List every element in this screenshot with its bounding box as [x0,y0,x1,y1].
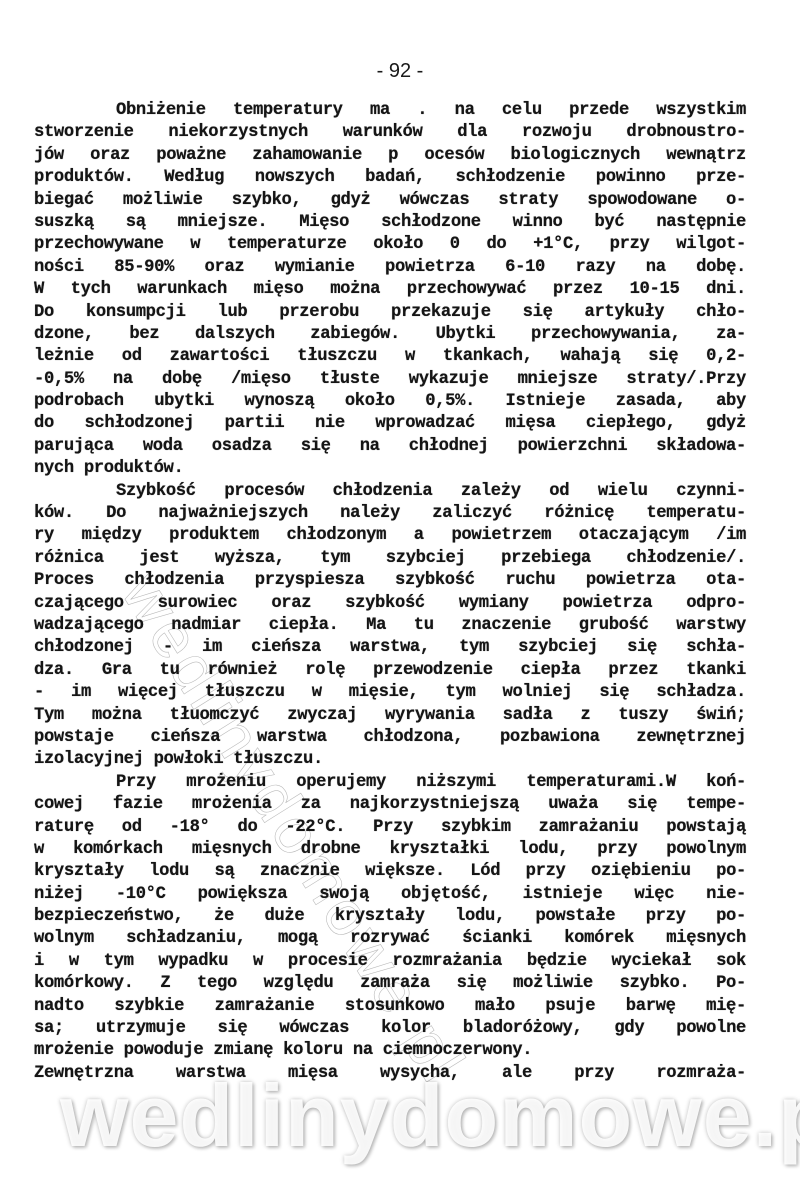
text-line: komórkowy. Z tego względu zamraża się mo… [34,973,746,995]
text-line: produktów. Według nowszych badań, schłod… [34,167,746,189]
text-line: dzone, bez dalszych zabiegów. Ubytki prz… [34,324,746,346]
text-line: ry między produktem chłodzonym a powietr… [34,525,746,547]
text-line: podrobach ubytki wynoszą około 0,5%. Ist… [34,391,746,413]
text-line: chłodzonej - im cieńsza warstwa, tym szy… [34,637,746,659]
text-line: nadto szybkie zamrażanie stosunkowo mało… [34,996,746,1018]
text-line: jów oraz poważne zahamowanie p ocesów bi… [34,145,746,167]
text-line: suszką są mniejsze. Mięso schłodzone win… [34,212,746,234]
text-line: Tym można tłuomczyć zwyczaj wyrywania sa… [34,705,746,727]
text-line: niżej -10°C powiększa swoją objętość, is… [34,884,746,906]
text-line: powstaje cieńsza warstwa chłodzona, pozb… [34,727,746,749]
text-line: i w tym wypadku w procesie rozmrażania b… [34,951,746,973]
text-line: biegać możliwie szybko, gdyż wówczas str… [34,190,746,212]
text-line: leżnie od zawartości tłuszczu w tkankach… [34,346,746,368]
text-line: ności 85-90% oraz wymianie powietrza 6-1… [34,257,746,279]
text-line: -0,5% na dobę /mięso tłuste wykazuje mni… [34,369,746,391]
text-line: kryształy lodu są znacznie większe. Lód … [34,861,746,883]
text-line: sa; utrzymuje się wówczas kolor bladoróż… [34,1018,746,1040]
text-line: cowej fazie mrożenia za najkorzystniejsz… [34,794,746,816]
text-line: Szybkość procesów chłodzenia zależy od w… [34,481,746,503]
text-line: izolacyjnej powłoki tłuszczu. [34,749,746,771]
text-line: raturę od -18° do -22°C. Przy szybkim za… [34,817,746,839]
text-line: mrożenie powoduje zmianę koloru na ciemn… [34,1040,746,1062]
text-line: Zewnętrzna warstwa mięsa wysycha, ale pr… [34,1063,746,1085]
text-line: bezpieczeństwo, że duże kryształy lodu, … [34,906,746,928]
text-line: ków. Do najważniejszych należy zaliczyć … [34,503,746,525]
text-line: Przy mrożeniu operujemy niższymi tempera… [34,772,746,794]
text-line: W tych warunkach mięso można przechowywa… [34,279,746,301]
document-body: Obniżenie temperatury ma . na celu przed… [34,100,746,1085]
text-line: Obniżenie temperatury ma . na celu przed… [34,100,746,122]
text-line: do schłodzonej partii nie wprowadzać mię… [34,413,746,435]
text-line: wolnym schładzaniu, mogą rozrywać ściank… [34,928,746,950]
page-number: - 92 - [0,60,800,83]
text-line: czającego surowiec oraz szybkość wymiany… [34,593,746,615]
text-line: stworzenie niekorzystnych warunków dla r… [34,122,746,144]
text-line: w komórkach mięsnych drobne kryształki l… [34,839,746,861]
text-line: parująca woda osadza się na chłodnej pow… [34,436,746,458]
text-line: Proces chłodzenia przyspiesza szybkość r… [34,570,746,592]
text-line: nych produktów. [34,458,746,480]
text-line: wadzającego nadmiar ciepła. Ma tu znacze… [34,615,746,637]
text-line: dza. Gra tu również rolę przewodzenie ci… [34,660,746,682]
text-line: różnica jest wyższa, tym szybciej przebi… [34,548,746,570]
text-line: - im więcej tłuszczu w mięsie, tym wolni… [34,682,746,704]
text-line: przechowywane w temperaturze około 0 do … [34,234,746,256]
text-line: Do konsumpcji lub przerobu przekazuje si… [34,302,746,324]
